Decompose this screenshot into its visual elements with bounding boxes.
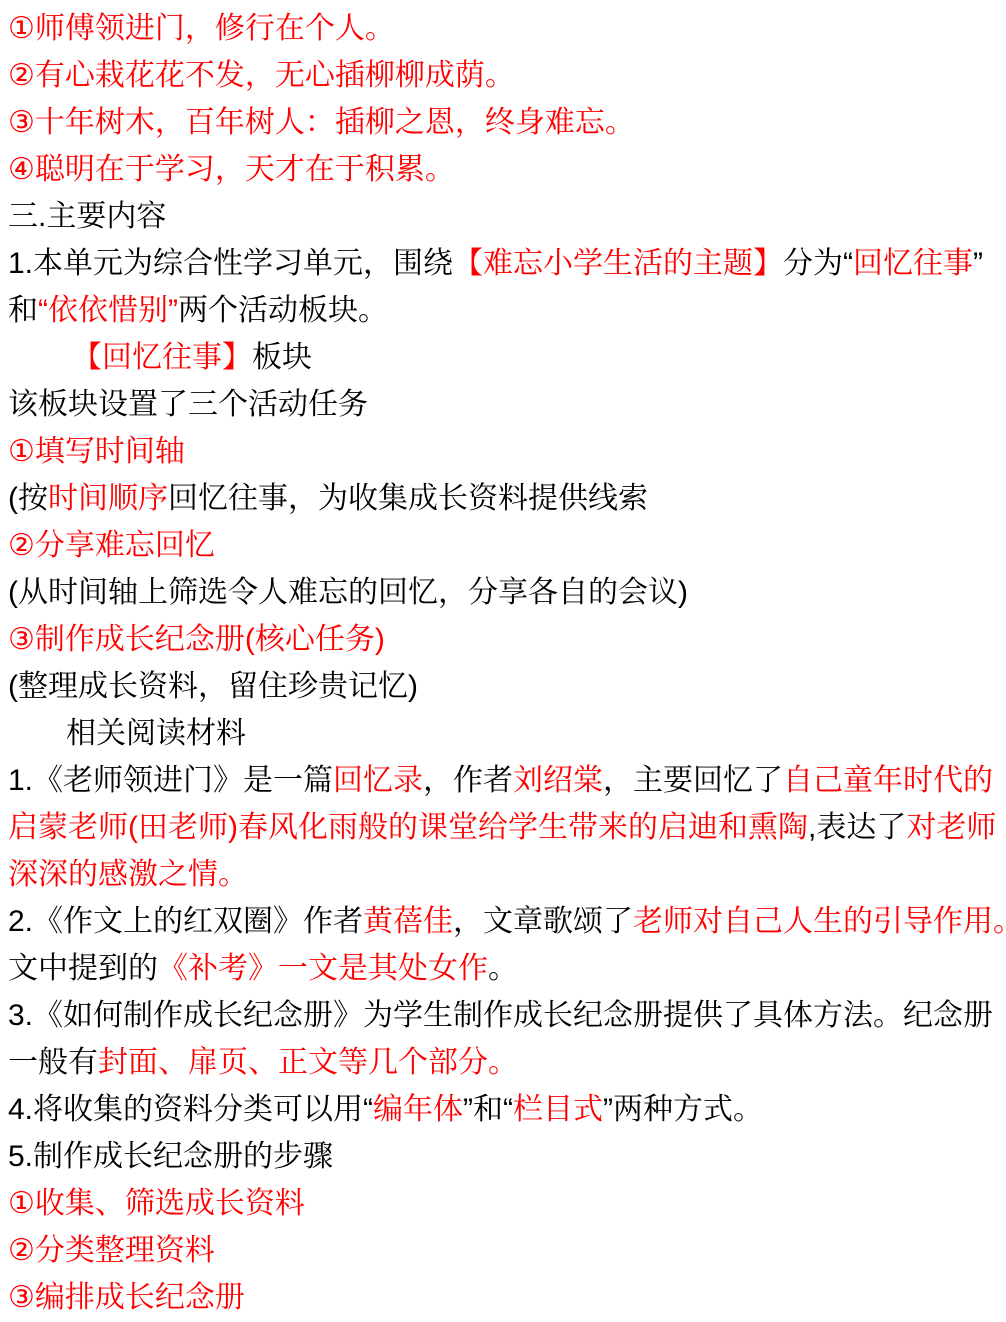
proverb-1-seg-0: ①师傅领进门，修行在个人。 [8, 12, 395, 45]
unit-intro-line-1-seg-2: 分为“ [783, 247, 853, 280]
unit-intro-line-1-seg-1: 【难忘小学生活的主题】 [453, 247, 783, 280]
proverb-3: ③十年树木，百年树人：插柳之恩，终身难忘。 [8, 99, 1002, 146]
section-heading: 三.主要内容 [8, 193, 1002, 240]
reading-1-line-2-seg-2: 对老师 [906, 811, 996, 844]
reading-2-line-1-seg-0: 2.《作文上的红双圈》作者 [8, 905, 363, 938]
reading-3-line-2-seg-0: 一般有 [8, 1046, 98, 1079]
unit-intro-line-2: 和“依依惜别”两个活动板块。 [8, 287, 1002, 334]
proverb-4-seg-0: ④聪明在于学习，天才在于积累。 [8, 153, 455, 186]
reading-1-line-1-seg-0: 1.《老师领进门》是一篇 [8, 764, 333, 797]
reading-3-line-2: 一般有封面、扉页、正文等几个部分。 [8, 1039, 1002, 1086]
reading-1-line-3-seg-0: 深深的感激之情。 [8, 858, 248, 891]
task-2-title-seg-0: ②分享难忘回忆 [8, 529, 215, 562]
reading-3-line-1: 3.《如何制作成长纪念册》为学生制作成长纪念册提供了具体方法。纪念册 [8, 992, 1002, 1039]
reading-2-line-1-seg-1: 黄蓓佳 [363, 905, 453, 938]
unit-intro-line-1-seg-0: 1.本单元为综合性学习单元，围绕 [8, 247, 453, 280]
reading-2-line-2: 文中提到的《补考》一文是其处女作。 [8, 945, 1002, 992]
block-heading-seg-1: 板块 [252, 341, 312, 374]
step-1-seg-0: ①收集、筛选成长资料 [8, 1187, 305, 1220]
reading-1-line-1-seg-2: ，作者 [423, 764, 513, 797]
step-3: ③编排成长纪念册 [8, 1274, 1002, 1321]
reading-2-line-2-seg-0: 文中提到的 [8, 952, 158, 985]
proverb-3-seg-0: ③十年树木，百年树人：插柳之恩，终身难忘。 [8, 106, 635, 139]
block-heading: 【回忆往事】板块 [8, 334, 1002, 381]
reading-2-line-1-seg-2: ，文章歌颂了 [453, 905, 633, 938]
task-3-title: ③制作成长纪念册(核心任务) [8, 616, 1002, 663]
step-1: ①收集、筛选成长资料 [8, 1180, 1002, 1227]
reading-2-line-1: 2.《作文上的红双圈》作者黄蓓佳，文章歌颂了老师对自己人生的引导作用。 [8, 898, 1002, 945]
reading-1-line-1-seg-1: 回忆录 [333, 764, 423, 797]
reading-1-line-1-seg-4: ，主要回忆了 [603, 764, 783, 797]
reading-heading: 相关阅读材料 [8, 710, 1002, 757]
reading-4-line-seg-4: ”两种方式。 [603, 1093, 763, 1126]
task-1-title: ①填写时间轴 [8, 428, 1002, 475]
reading-1-line-1: 1.《老师领进门》是一篇回忆录，作者刘绍棠，主要回忆了自己童年时代的 [8, 757, 1002, 804]
proverb-4: ④聪明在于学习，天才在于积累。 [8, 146, 1002, 193]
unit-intro-line-1-seg-4: ” [973, 247, 983, 280]
unit-intro-line-1: 1.本单元为综合性学习单元，围绕【难忘小学生活的主题】分为“回忆往事” [8, 240, 1002, 287]
block-desc: 该板块设置了三个活动任务 [8, 381, 1002, 428]
reading-5-line-seg-0: 5.制作成长纪念册的步骤 [8, 1140, 333, 1173]
proverb-2: ②有心栽花花不发，无心插柳柳成荫。 [8, 52, 1002, 99]
notes-document: ①师傅领进门，修行在个人。②有心栽花花不发，无心插柳柳成荫。③十年树木，百年树人… [0, 0, 1006, 1322]
reading-1-line-1-seg-3: 刘绍棠 [513, 764, 603, 797]
reading-3-line-2-seg-1: 封面、扉页、正文等几个部分。 [98, 1046, 518, 1079]
reading-4-line-seg-1: 编年体 [373, 1093, 463, 1126]
task-2-desc-seg-0: (从时间轴上筛选令人难忘的回忆，分享各自的会议) [8, 576, 688, 609]
unit-intro-line-2-seg-2: 两个活动板块。 [178, 294, 388, 327]
reading-1-line-2: 启蒙老师(田老师)春风化雨般的课堂给学生带来的启迪和熏陶,表达了对老师 [8, 804, 1002, 851]
reading-4-line-seg-2: ”和“ [463, 1093, 513, 1126]
task-1-title-seg-0: ①填写时间轴 [8, 435, 185, 468]
reading-4-line: 4.将收集的资料分类可以用“编年体”和“栏目式”两种方式。 [8, 1086, 1002, 1133]
block-desc-seg-0: 该板块设置了三个活动任务 [8, 388, 368, 421]
reading-1-line-2-seg-0: 启蒙老师(田老师)春风化雨般的课堂给学生带来的启迪和熏陶 [8, 811, 808, 844]
task-1-desc: (按时间顺序回忆往事，为收集成长资料提供线索 [8, 475, 1002, 522]
task-2-title: ②分享难忘回忆 [8, 522, 1002, 569]
proverb-1: ①师傅领进门，修行在个人。 [8, 5, 1002, 52]
task-2-desc: (从时间轴上筛选令人难忘的回忆，分享各自的会议) [8, 569, 1002, 616]
step-2: ②分类整理资料 [8, 1227, 1002, 1274]
task-3-desc-seg-0: (整理成长资料，留住珍贵记忆) [8, 670, 418, 703]
unit-intro-line-2-seg-0: 和 [8, 294, 38, 327]
proverb-2-seg-0: ②有心栽花花不发，无心插柳柳成荫。 [8, 59, 515, 92]
task-3-desc: (整理成长资料，留住珍贵记忆) [8, 663, 1002, 710]
reading-1-line-1-seg-5: 自己童年时代的 [783, 764, 993, 797]
reading-3-line-1-seg-0: 3.《如何制作成长纪念册》为学生制作成长纪念册提供了具体方法。纪念册 [8, 999, 993, 1032]
step-3-seg-0: ③编排成长纪念册 [8, 1281, 245, 1314]
unit-intro-line-1-seg-3: 回忆往事 [853, 247, 973, 280]
step-2-seg-0: ②分类整理资料 [8, 1234, 215, 1267]
reading-1-line-3: 深深的感激之情。 [8, 851, 1002, 898]
task-3-title-seg-0: ③制作成长纪念册(核心任务) [8, 623, 385, 656]
task-1-desc-seg-1: 时间顺序 [48, 482, 168, 515]
unit-intro-line-2-seg-1: “依依惜别” [38, 294, 178, 327]
reading-2-line-2-seg-1: 《补考》一文是其处女作 [158, 952, 488, 985]
task-1-desc-seg-2: 回忆往事，为收集成长资料提供线索 [168, 482, 648, 515]
reading-2-line-2-seg-2: 。 [488, 952, 518, 985]
reading-2-line-1-seg-3: 老师对自己人生的引导作用。 [633, 905, 1006, 938]
task-1-desc-seg-0: (按 [8, 482, 48, 515]
reading-5-line: 5.制作成长纪念册的步骤 [8, 1133, 1002, 1180]
reading-heading-seg-0: 相关阅读材料 [66, 717, 246, 750]
block-heading-seg-0: 【回忆往事】 [72, 341, 252, 374]
reading-4-line-seg-3: 栏目式 [513, 1093, 603, 1126]
section-heading-seg-0: 三.主要内容 [8, 200, 166, 233]
reading-4-line-seg-0: 4.将收集的资料分类可以用“ [8, 1093, 373, 1126]
reading-1-line-2-seg-1: ,表达了 [808, 811, 906, 844]
